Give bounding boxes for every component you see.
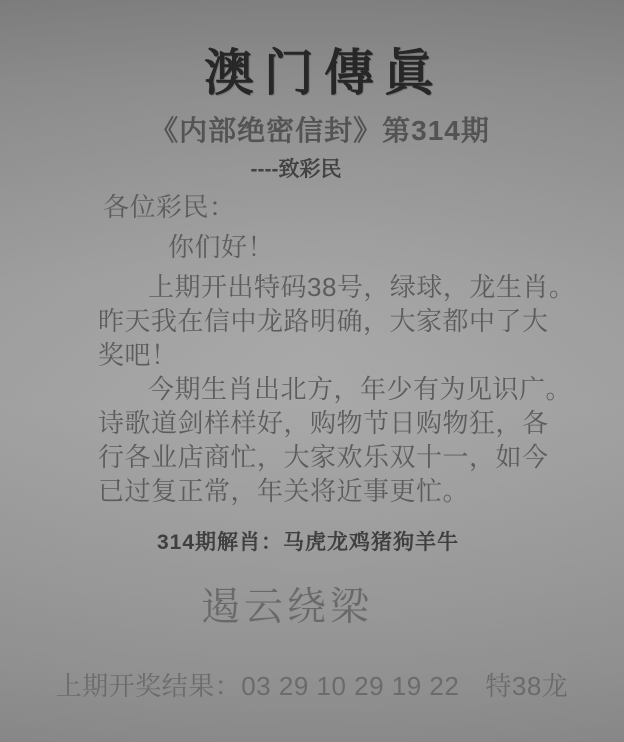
zodiac-label: 314期解肖： <box>157 531 283 554</box>
paragraph-last-draw-recap: 上期开出特码38号，绿球，龙生肖。昨天我在信中龙路明确，大家都中了大奖吧！ <box>98 270 564 372</box>
lottery-flyer-page: 澳门傳眞 《内部绝密信封》第314期 ----致彩民 各位彩民： 你们好！ 上期… <box>0 0 624 742</box>
issue-subtitle: 《内部绝密信封》第314期 <box>8 114 624 148</box>
dedication-line: ----致彩民 <box>0 158 608 182</box>
result-numbers: 03 29 10 29 19 22 <box>241 671 459 701</box>
greeting: 你们好！ <box>98 230 564 264</box>
zodiac-analysis-line: 314期解肖：马虎龙鸡猪狗羊牛 <box>0 530 620 556</box>
paragraph-current-hint: 今期生肖出北方，年少有为见识广。诗歌道剑样样好，购物节日购物狂，各行各业店商忙，… <box>98 372 564 508</box>
letter-body: 各位彩民： 你们好！ 上期开出特码38号，绿球，龙生肖。昨天我在信中龙路明确，大… <box>0 190 624 508</box>
last-draw-result-line: 上期开奖结果：03 29 10 29 19 22特38龙 <box>0 670 624 702</box>
page-title: 澳门傳眞 <box>12 0 624 102</box>
zodiac-value: 马虎龙鸡猪狗羊牛 <box>283 531 459 554</box>
idiom-clue: 遏云绕梁 <box>0 586 599 630</box>
result-special-number: 特38龙 <box>485 671 568 701</box>
result-label: 上期开奖结果： <box>56 671 242 701</box>
salutation: 各位彩民： <box>103 190 564 224</box>
